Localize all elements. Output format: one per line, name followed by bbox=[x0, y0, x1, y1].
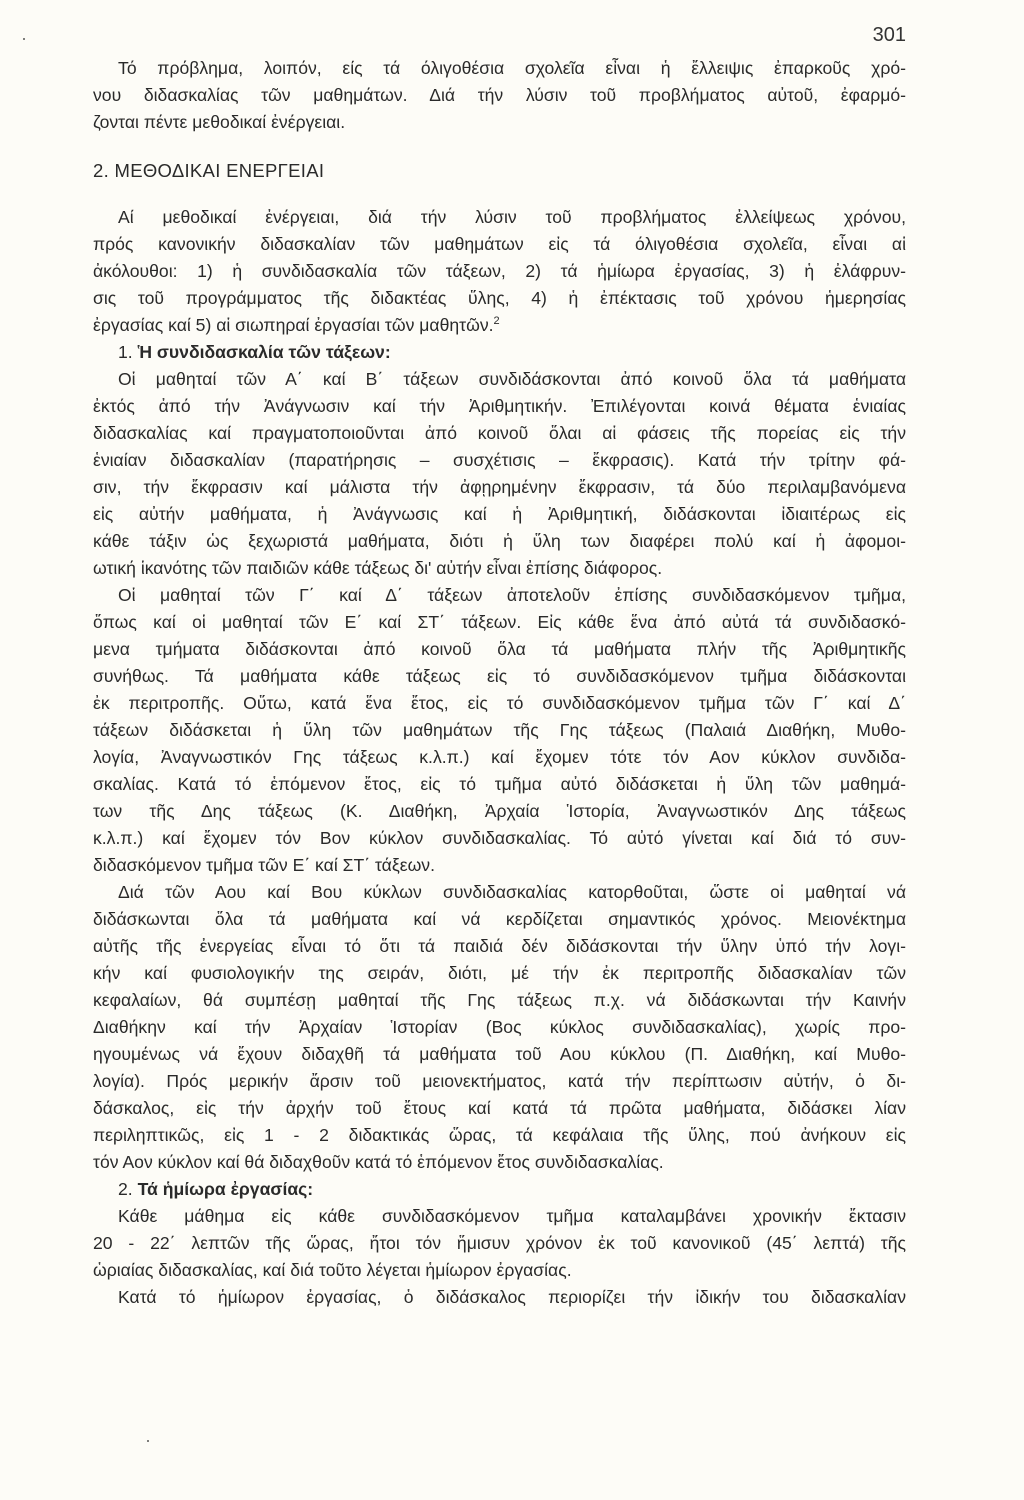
text-line: Κάθε μάθημα εἰς κάθε συνδιδασκόμενον τμῆ… bbox=[93, 1203, 906, 1230]
text-line: περιληπτικῶς, εἰς 1 - 2 διδακτικάς ὥρας,… bbox=[93, 1122, 906, 1149]
text-line: διδάσκωνται ὅλα τά μαθήματα καί νά κερδί… bbox=[93, 906, 906, 933]
text-line: ἐργασίας καί 5) αἱ σιωπηραί ἐργασίαι τῶν… bbox=[93, 312, 906, 339]
paragraph: Οἱ μαθηταί τῶν Γ΄ καί Δ΄ τάξεων ἀποτελοῦ… bbox=[93, 582, 906, 879]
paragraph: Οἱ μαθηταί τῶν Α΄ καί Β΄ τάξεων συνδιδάσ… bbox=[93, 366, 906, 582]
paragraph: Διά τῶν Αου καί Βου κύκλων συνδιδασκαλία… bbox=[93, 879, 906, 1176]
subsection-title: Τά ἡμίωρα ἐργασίας: bbox=[138, 1179, 314, 1199]
subsection-heading: 2. Τά ἡμίωρα ἐργασίας: bbox=[93, 1176, 906, 1203]
text-line: ζονται πέντε μεθοδικαί ἐνέργειαι. bbox=[93, 109, 906, 136]
text-line: Οἱ μαθηταί τῶν Γ΄ καί Δ΄ τάξεων ἀποτελοῦ… bbox=[93, 582, 906, 609]
page-number: 301 bbox=[860, 24, 906, 47]
text-line: δάσκαλος, εἰς τήν ἀρχήν τοῦ ἔτους καί κα… bbox=[93, 1095, 906, 1122]
text-line: κεφαλαίων, θά συμπέσῃ μαθηταί τῆς Γης τά… bbox=[93, 987, 906, 1014]
text-line: Τό πρόβλημα, λοιπόν, είς τά όλιγοθέσια σ… bbox=[93, 55, 906, 82]
subsection-heading: 1. Ἡ συνδιδασκαλία τῶν τάξεων: bbox=[93, 339, 906, 366]
text-line-content: ἐργασίας καί 5) αἱ σιωπηραί ἐργασίαι τῶν… bbox=[93, 315, 494, 335]
text-line: Κατά τό ἡμίωρον ἐργασίας, ὁ διδάσκαλος π… bbox=[93, 1284, 906, 1311]
scan-speck bbox=[147, 1440, 149, 1442]
text-line: εἰς αὐτήν μαθήματα, ἡ Ἀνάγνωσις καί ἡ Ἀρ… bbox=[93, 501, 906, 528]
text-line: ἑνιαίαν διδασκαλίαν (παρατήρησις – συσχέ… bbox=[93, 447, 906, 474]
text-line: τάξεων διδάσκεται ἡ ὕλη τῶν μαθημάτων τῆ… bbox=[93, 717, 906, 744]
section-title: ΜΕΘΟΔΙΚΑΙ ΕΝΕΡΓΕΙΑΙ bbox=[114, 160, 324, 181]
text-line: διδασκαλίας καί πραγματοποιοῦνται ἀπό κο… bbox=[93, 420, 906, 447]
footnote-ref: 2 bbox=[494, 315, 500, 327]
text-line: σιν, τήν ἔκφρασιν καί μάλιστα τήν ἀφῃρημ… bbox=[93, 474, 906, 501]
intro-paragraph: Τό πρόβλημα, λοιπόν, είς τά όλιγοθέσια σ… bbox=[93, 55, 906, 136]
section-heading: 2. ΜΕΘΟΔΙΚΑΙ ΕΝΕΡΓΕΙΑΙ bbox=[93, 157, 906, 184]
text-line: κήν καί φυσιολογικήν της σειράν, διότι, … bbox=[93, 960, 906, 987]
paragraph: Κατά τό ἡμίωρον ἐργασίας, ὁ διδάσκαλος π… bbox=[93, 1284, 906, 1311]
scan-speck bbox=[23, 38, 25, 40]
text-line: ὅπως καί οἱ μαθηταί τῶν Ε΄ καί ΣΤ΄ τάξεω… bbox=[93, 609, 906, 636]
text-line: ἐκ περιτροπῆς. Οὕτω, κατά ἕνα ἔτος, εἰς … bbox=[93, 690, 906, 717]
text-line: Αί μεθοδικαί ἐνέργειαι, διά τήν λύσιν το… bbox=[93, 204, 906, 231]
text-line: ηγουμένως νά ἔχουν διδαχθῆ τά μαθήματα τ… bbox=[93, 1041, 906, 1068]
text-line: 20 - 22΄ λεπτῶν τῆς ὥρας, ἤτοι τόν ἥμισυ… bbox=[93, 1230, 906, 1257]
paragraph: Κάθε μάθημα εἰς κάθε συνδιδασκόμενον τμῆ… bbox=[93, 1203, 906, 1284]
text-line: αὐτῆς τῆς ἐνεργείας εἶναι τό ὅτι τά παιδ… bbox=[93, 933, 906, 960]
text-line: Διά τῶν Αου καί Βου κύκλων συνδιδασκαλία… bbox=[93, 879, 906, 906]
text-line: των τῆς Δης τάξεως (Κ. Διαθήκη, Ἀρχαία Ἱ… bbox=[93, 798, 906, 825]
text-line: νου διδασκαλίας τῶν μαθημάτων. Διά τήν λ… bbox=[93, 82, 906, 109]
text-line: ἐκτός ἀπό τήν Ἀνάγνωσιν καί τήν Ἀριθμητι… bbox=[93, 393, 906, 420]
text-line: σις τοῦ προγράμματος τῆς διδακτέας ὕλης,… bbox=[93, 285, 906, 312]
text-line: κάθε τάξιν ὡς ξεχωριστά μαθήματα, διότι … bbox=[93, 528, 906, 555]
subsection-title: Ἡ συνδιδασκαλία τῶν τάξεων: bbox=[138, 342, 391, 362]
text-line: ὡριαίας διδασκαλίας, καί διά τοῦτο λέγετ… bbox=[93, 1257, 906, 1284]
text-line: κ.λ.π.) καί ἔχομεν τόν Βον κύκλον συνδιδ… bbox=[93, 825, 906, 852]
text-line: διδασκόμενον τμῆμα τῶν Ε΄ καί ΣΤ΄ τάξεων… bbox=[93, 852, 906, 879]
text-line: Διαθήκην καί τήν Ἀρχαίαν Ἱστορίαν (Βος κ… bbox=[93, 1014, 906, 1041]
text-line: μενα τμήματα διδάσκονται ἀπό κοινοῦ ὅλα … bbox=[93, 636, 906, 663]
section-number: 2. bbox=[93, 160, 109, 181]
overview-paragraph: Αί μεθοδικαί ἐνέργειαι, διά τήν λύσιν το… bbox=[93, 204, 906, 339]
text-line: πρός κανονικήν διδασκαλίαν τῶν μαθημάτων… bbox=[93, 231, 906, 258]
subsection-number: 2. bbox=[118, 1179, 133, 1199]
text-line: ἀκόλουθοι: 1) ἡ συνδιδασκαλία τῶν τάξεων… bbox=[93, 258, 906, 285]
text-line: ωτική ἱκανότης τῶν παιδιῶν κάθε τάξεως δ… bbox=[93, 555, 906, 582]
text-line: σκαλίας. Κατά τό ἑπόμενον ἔτος, εἰς τό τ… bbox=[93, 771, 906, 798]
text-line: Οἱ μαθηταί τῶν Α΄ καί Β΄ τάξεων συνδιδάσ… bbox=[93, 366, 906, 393]
text-line: λογία, Ἀναγνωστικόν Γης τάξεως κ.λ.π.) κ… bbox=[93, 744, 906, 771]
text-line: τόν Αον κύκλον καί θά διδαχθοῦν κατά τό … bbox=[93, 1149, 906, 1176]
text-line: συνήθως. Τά μαθήματα κάθε τάξεως εἰς τό … bbox=[93, 663, 906, 690]
page-body: Τό πρόβλημα, λοιπόν, είς τά όλιγοθέσια σ… bbox=[93, 55, 906, 1311]
subsection-number: 1. bbox=[118, 342, 133, 362]
text-line: λογία). Πρός μερικήν ἄρσιν τοῦ μειονεκτή… bbox=[93, 1068, 906, 1095]
